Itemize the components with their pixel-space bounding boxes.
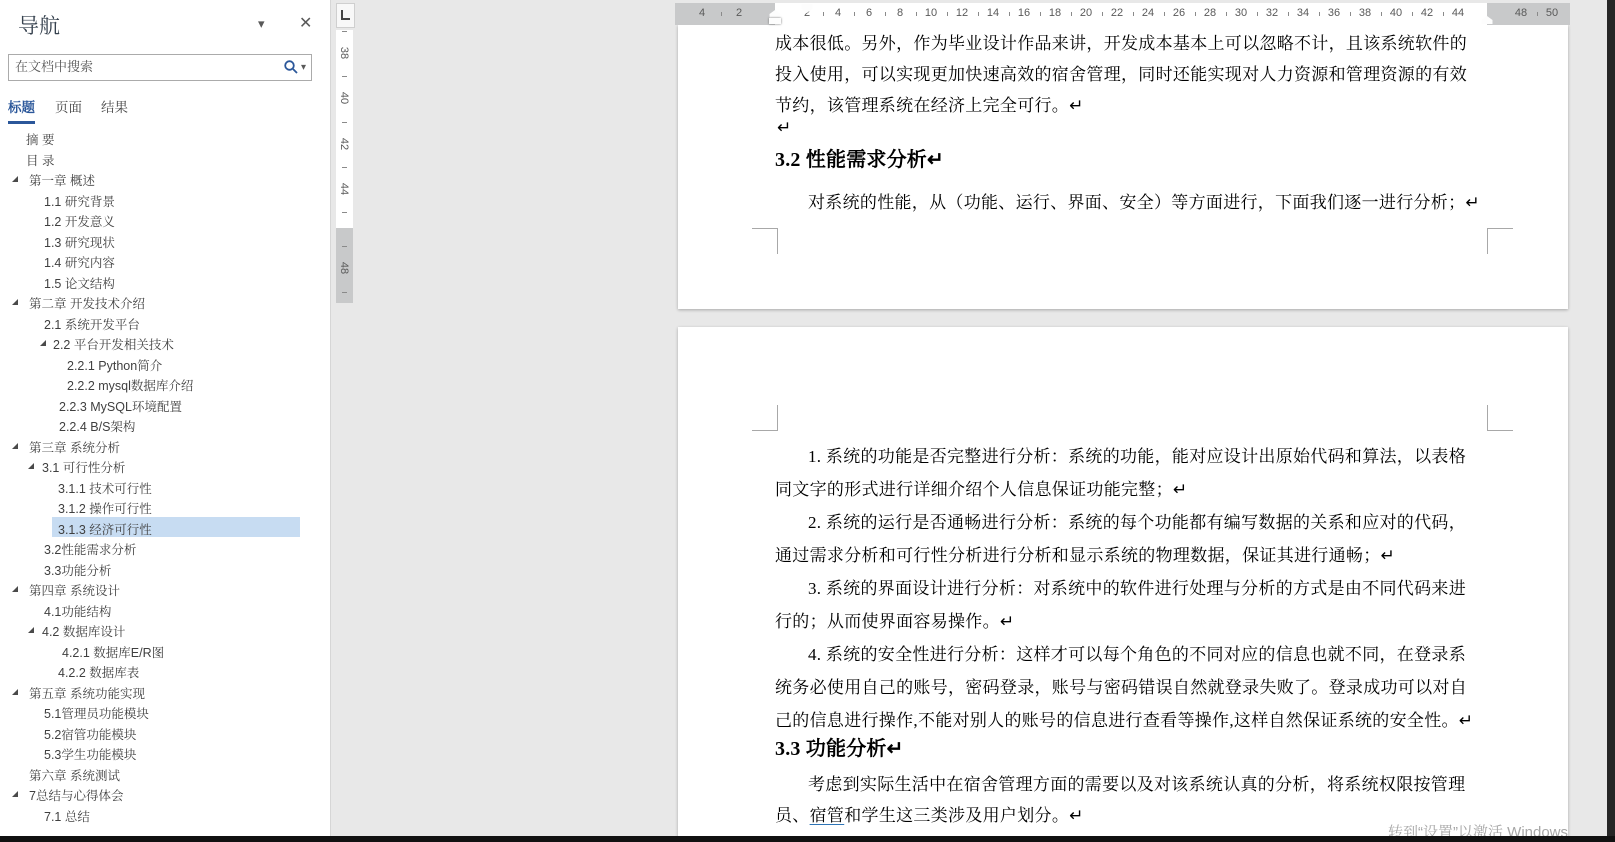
ruler-number: 42 <box>1421 7 1433 19</box>
expand-arrow-icon[interactable] <box>40 340 46 346</box>
ruler-number: 2 <box>736 7 742 19</box>
nav-item-label: 第一章 概述 <box>29 171 95 189</box>
nav-tabs: 标题 页面 结果 <box>0 94 330 120</box>
nav-outline-item[interactable]: 2.1 系统开发平台 <box>0 312 329 333</box>
horizontal-ruler[interactable]: 4224681012141618202224262830323436384042… <box>675 3 1570 25</box>
expand-arrow-icon[interactable] <box>28 627 34 633</box>
document-page-2[interactable]: 1. 系统的功能是否完整进行分析：系统的功能，能对应设计出原始代码和算法，以表格… <box>678 327 1568 842</box>
ruler-number: 32 <box>1266 7 1278 19</box>
ruler-number: 44 <box>1452 7 1464 19</box>
expand-arrow-icon[interactable] <box>28 463 34 469</box>
nav-outline-item[interactable]: 第一章 概述 <box>0 168 329 189</box>
nav-item-label: 5.1管理员功能模块 <box>44 704 149 722</box>
nav-item-label: 4.2 数据库设计 <box>42 622 125 640</box>
nav-outline-item[interactable]: 1.4 研究内容 <box>0 250 329 271</box>
body-text-line[interactable]: 通过需求分析和可行性分析进行分析和显示系统的物理数据，保证其进行通畅；↵ <box>775 541 1395 566</box>
nav-outline-item[interactable]: 3.1.2 操作可行性 <box>0 496 329 517</box>
nav-outline-item[interactable]: 2.2.3 MySQL环境配置 <box>0 394 329 415</box>
ruler-tick <box>1226 12 1227 16</box>
ruler-number: 24 <box>1142 7 1154 19</box>
nav-outline-item[interactable]: 1.2 开发意义 <box>0 209 329 230</box>
ruler-number: 8 <box>897 7 903 19</box>
search-box[interactable]: ▾ <box>8 54 312 81</box>
nav-outline-item[interactable]: 3.3功能分析 <box>0 558 329 579</box>
ruler-number: 6 <box>866 7 872 19</box>
nav-outline-item[interactable]: 3.1.3 经济可行性 <box>0 517 329 538</box>
body-text-line[interactable]: 4. 系统的安全性进行分析：这样才可以每个角色的不同对应的信息也就不同，在登录系 <box>808 640 1466 665</box>
ruler-number: 28 <box>1204 7 1216 19</box>
body-text-line[interactable]: 3. 系统的界面设计进行分析：对系统中的软件进行处理与分析的方式是由不同代码来进 <box>808 574 1466 599</box>
ruler-tick <box>1288 12 1289 16</box>
ruler-tick <box>854 12 855 16</box>
nav-outline-item[interactable]: 2.2.4 B/S架构 <box>0 414 329 435</box>
nav-outline-item[interactable]: 2.2 平台开发相关技术 <box>0 332 329 353</box>
text-boundary-mark <box>752 228 778 254</box>
nav-outline-item[interactable]: 摘 要 <box>0 127 329 148</box>
tab-pages[interactable]: 页面 <box>55 96 82 121</box>
ruler-number: 40 <box>1390 7 1402 19</box>
ruler-number: 48 <box>1515 7 1527 19</box>
nav-outline-item[interactable]: 第六章 系统测试 <box>0 763 329 784</box>
word-window: 导航 ▾ ✕ ▾ 标题 页面 结果 摘 要目 录第一章 概述1.1 研究背景1.… <box>0 0 1615 842</box>
body-text-line[interactable]: 同文字的形式进行详细介绍个人信息保证功能完整；↵ <box>775 475 1187 500</box>
body-text-line[interactable]: 2. 系统的运行是否通畅进行分析：系统的每个功能都有编写数据的关系和应对的代码， <box>808 508 1466 533</box>
ruler-tick <box>1009 12 1010 16</box>
ruler-tick <box>1350 12 1351 16</box>
search-icon <box>283 59 299 75</box>
ruler-tick <box>1257 12 1258 16</box>
ruler-tick <box>342 76 347 77</box>
text-boundary-mark <box>1487 405 1513 431</box>
chevron-down-icon[interactable]: ▾ <box>258 16 265 32</box>
ruler-tick <box>1319 12 1320 16</box>
left-indent-marker[interactable] <box>769 18 781 24</box>
nav-outline-item[interactable]: 4.2.2 数据库表 <box>0 660 329 681</box>
body-text-line[interactable]: 己的信息进行操作,不能对别人的账号的信息进行查看等操作,这样自然保证系统的安全性… <box>775 706 1473 731</box>
ruler-tick <box>342 122 347 123</box>
ruler-number: 42 <box>338 138 350 150</box>
ruler-number: 36 <box>1328 7 1340 19</box>
ruler-number: 40 <box>338 92 350 104</box>
nav-item-label: 1.4 研究内容 <box>44 253 115 271</box>
nav-item-label: 目 录 <box>26 151 54 169</box>
nav-item-label: 2.2 平台开发相关技术 <box>53 335 174 353</box>
ruler-number: 16 <box>1018 7 1030 19</box>
text-boundary-mark <box>1487 228 1513 254</box>
tab-stop-selector[interactable] <box>336 3 355 28</box>
ruler-tick <box>1071 12 1072 16</box>
nav-outline-item[interactable]: 7.1 总结 <box>0 804 329 825</box>
nav-outline-item[interactable]: 5.1管理员功能模块 <box>0 701 329 722</box>
ruler-tick <box>916 12 917 16</box>
ruler-tick <box>1537 12 1538 16</box>
left-tab-icon <box>341 10 350 20</box>
ruler-number: 34 <box>1297 7 1309 19</box>
ruler-tick <box>342 246 347 247</box>
nav-item-label: 第六章 系统测试 <box>29 766 120 784</box>
ruler-tick <box>885 12 886 16</box>
nav-outline-item[interactable]: 第四章 系统设计 <box>0 578 329 599</box>
nav-item-label: 第三章 系统分析 <box>29 438 120 456</box>
body-text-line[interactable]: 节约，该管理系统在经济上完全可行。↵ <box>775 91 1084 116</box>
nav-outline: 摘 要目 录第一章 概述1.1 研究背景1.2 开发意义1.3 研究现状1.4 … <box>0 127 329 835</box>
ruler-tick <box>342 292 347 293</box>
ruler-tick <box>947 12 948 16</box>
nav-outline-item[interactable]: 1.1 研究背景 <box>0 189 329 210</box>
ruler-number: 48 <box>338 262 350 274</box>
ruler-tick <box>978 12 979 16</box>
ruler-tick <box>1164 12 1165 16</box>
ruler-tick <box>1040 12 1041 16</box>
nav-outline-item[interactable]: 7总结与心得体会 <box>0 783 329 804</box>
ruler-tick <box>823 12 824 16</box>
body-text-line[interactable]: 员、宿管和学生这三类涉及用户划分。↵ <box>775 801 1084 826</box>
chevron-down-icon: ▾ <box>301 62 306 73</box>
ruler-tick <box>1381 12 1382 16</box>
expand-arrow-icon[interactable] <box>12 791 18 797</box>
nav-item-label: 1.2 开发意义 <box>44 212 115 230</box>
document-page-1[interactable]: 成本很低。另外，作为毕业设计作品来讲，开发成本基本上可以忽略不计，且该系统软件的… <box>678 25 1568 309</box>
ruler-number: 38 <box>1359 7 1371 19</box>
navigation-pane: 导航 ▾ ✕ ▾ 标题 页面 结果 摘 要目 录第一章 概述1.1 研究背景1.… <box>0 0 331 842</box>
nav-item-label: 1.1 研究背景 <box>44 192 115 210</box>
nav-item-label: 4.1功能结构 <box>44 602 111 620</box>
ruler-tick <box>1195 12 1196 16</box>
ruler-number: 4 <box>835 7 841 19</box>
nav-item-label: 3.2性能需求分析 <box>44 540 136 558</box>
expand-arrow-icon[interactable] <box>12 176 18 182</box>
nav-item-label: 5.2宿管功能模块 <box>44 725 136 743</box>
ruler-number: 14 <box>987 7 999 19</box>
ruler-tick <box>342 212 347 213</box>
ruler-tick <box>1412 12 1413 16</box>
ruler-number: 20 <box>1080 7 1092 19</box>
nav-outline-item[interactable]: 目 录 <box>0 148 329 169</box>
nav-item-label: 7.1 总结 <box>44 807 90 825</box>
ruler-tick <box>1443 12 1444 16</box>
nav-outline-item[interactable]: 第二章 开发技术介绍 <box>0 291 329 312</box>
nav-item-label: 1.5 论文结构 <box>44 274 115 292</box>
ruler-tick <box>1133 12 1134 16</box>
ruler-number: 38 <box>338 47 350 59</box>
nav-item-label: 第二章 开发技术介绍 <box>29 294 145 312</box>
expand-arrow-icon[interactable] <box>12 443 18 449</box>
ruler-number: 10 <box>925 7 937 19</box>
body-text-line[interactable]: ↵ <box>777 118 792 138</box>
nav-item-label: 5.3学生功能模块 <box>44 745 136 763</box>
text-segment: 和学生这三类涉及用户划分。↵ <box>844 806 1083 825</box>
nav-outline-item[interactable]: 1.3 研究现状 <box>0 230 329 251</box>
body-text-line[interactable]: 成本很低。另外，作为毕业设计作品来讲，开发成本基本上可以忽略不计，且该系统软件的 <box>775 29 1467 54</box>
window-bottom-edge <box>0 836 1615 842</box>
nav-outline-item[interactable]: 第五章 系统功能实现 <box>0 681 329 702</box>
nav-item-label: 2.2.2 mysql数据库介绍 <box>67 376 193 394</box>
nav-pane-title: 导航 <box>18 10 60 40</box>
section-heading[interactable]: 3.3 功能分析↵ <box>775 732 904 761</box>
ruler-number: 4 <box>699 7 705 19</box>
text-boundary-mark <box>752 405 778 431</box>
text-segment: 员、 <box>775 806 810 825</box>
body-text-line[interactable]: 行的；从而使界面容易操作。↵ <box>775 607 1014 632</box>
nav-outline-item[interactable]: 5.2宿管功能模块 <box>0 722 329 743</box>
nav-outline-item[interactable]: 3.1.1 技术可行性 <box>0 476 329 497</box>
underlined-text: 宿管 <box>810 806 845 825</box>
search-button[interactable]: ▾ <box>265 56 309 78</box>
ruler-number: 12 <box>956 7 968 19</box>
ruler-number: 22 <box>1111 7 1123 19</box>
nav-item-label: 7总结与心得体会 <box>29 786 123 804</box>
close-icon[interactable]: ✕ <box>299 13 312 33</box>
window-edge <box>1607 0 1615 842</box>
nav-item-label: 摘 要 <box>26 130 54 148</box>
ruler-number: 26 <box>1173 7 1185 19</box>
nav-item-label: 4.2.1 数据库E/R图 <box>62 643 164 661</box>
nav-outline-item[interactable]: 第三章 系统分析 <box>0 435 329 456</box>
nav-outline-item[interactable]: 4.1功能结构 <box>0 599 329 620</box>
body-text-line[interactable]: 对系统的性能，从（功能、运行、界面、安全）等方面进行，下面我们逐一进行分析；↵ <box>808 188 1480 213</box>
ruler-number: 30 <box>1235 7 1247 19</box>
body-text-line[interactable]: 统务必使用自己的账号，密码登录，账号与密码错误自然就登录失败了。登录成功可以对自 <box>775 673 1467 698</box>
nav-item-label: 3.1.2 操作可行性 <box>58 499 152 517</box>
ruler-number: 44 <box>338 183 350 195</box>
ruler-tick <box>342 31 347 32</box>
ruler-tick <box>1102 12 1103 16</box>
nav-item-label: 3.1.3 经济可行性 <box>58 520 152 538</box>
tab-headings[interactable]: 标题 <box>8 96 35 124</box>
nav-item-label: 4.2.2 数据库表 <box>58 663 139 681</box>
expand-arrow-icon[interactable] <box>12 586 18 592</box>
body-text-line[interactable]: 投入使用，可以实现更加快速高效的宿舍管理，同时还能实现对人力资源和管理资源的有效 <box>775 60 1467 85</box>
nav-item-label: 1.3 研究现状 <box>44 233 115 251</box>
body-text-line[interactable]: 考虑到实际生活中在宿舍管理方面的需要以及对该系统认真的分析，将系统权限按管理 <box>808 770 1465 795</box>
nav-item-label: 第五章 系统功能实现 <box>29 684 145 702</box>
ruler-left-margin <box>675 3 775 25</box>
nav-item-label: 3.1.1 技术可行性 <box>58 479 152 497</box>
nav-item-label: 3.1 可行性分析 <box>42 458 125 476</box>
ruler-tick <box>721 12 722 16</box>
nav-item-label: 2.1 系统开发平台 <box>44 315 140 333</box>
ruler-tick <box>342 167 347 168</box>
nav-outline-item[interactable]: 3.2性能需求分析 <box>0 537 329 558</box>
nav-item-label: 2.2.1 Python简介 <box>67 356 162 374</box>
nav-outline-item[interactable]: 4.2.1 数据库E/R图 <box>0 640 329 661</box>
nav-outline-item[interactable]: 2.2.2 mysql数据库介绍 <box>0 373 329 394</box>
expand-arrow-icon[interactable] <box>12 299 18 305</box>
nav-item-label: 2.2.3 MySQL环境配置 <box>59 397 182 415</box>
nav-item-label: 2.2.4 B/S架构 <box>59 417 135 435</box>
section-heading[interactable]: 3.2 性能需求分析↵ <box>775 143 944 172</box>
nav-outline-item[interactable]: 5.3学生功能模块 <box>0 742 329 763</box>
nav-outline-item[interactable]: 2.2.1 Python简介 <box>0 353 329 374</box>
expand-arrow-icon[interactable] <box>12 689 18 695</box>
tab-results[interactable]: 结果 <box>101 96 128 121</box>
vertical-ruler[interactable]: 3840424448 <box>336 30 353 303</box>
nav-item-label: 第四章 系统设计 <box>29 581 120 599</box>
nav-outline-item[interactable]: 1.5 论文结构 <box>0 271 329 292</box>
nav-item-label: 3.3功能分析 <box>44 561 111 579</box>
ruler-text-area <box>336 30 353 228</box>
nav-outline-item[interactable]: 3.1 可行性分析 <box>0 455 329 476</box>
nav-outline-item[interactable]: 4.2 数据库设计 <box>0 619 329 640</box>
ruler-number: 50 <box>1546 7 1558 19</box>
search-input[interactable] <box>9 55 269 78</box>
body-text-line[interactable]: 1. 系统的功能是否完整进行分析：系统的功能，能对应设计出原始代码和算法，以表格 <box>808 442 1466 467</box>
ruler-number: 18 <box>1049 7 1061 19</box>
